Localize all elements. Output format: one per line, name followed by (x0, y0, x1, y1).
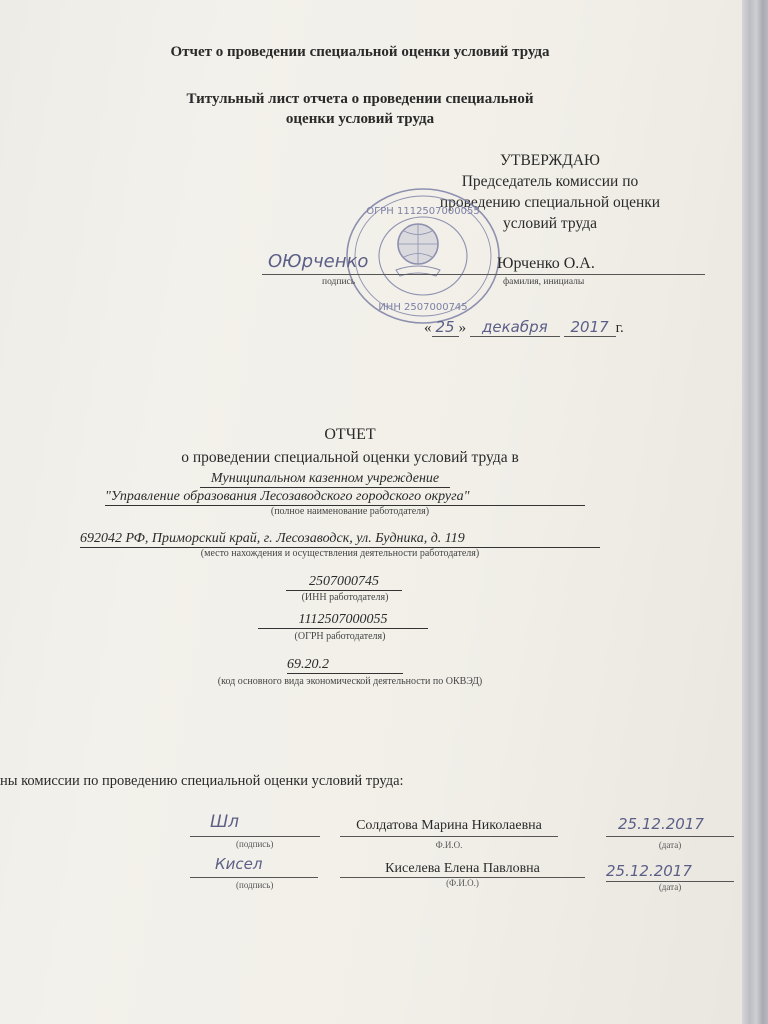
date-label: (дата) (606, 882, 734, 892)
member-name: Солдатова Марина Николаевна (340, 818, 558, 834)
approval-date: «25» декабря 2017г. (424, 318, 624, 337)
employer-ogrn-label: (ОГРН работодателя) (240, 631, 440, 642)
employer-name-label: (полное наименование работодателя) (100, 506, 600, 517)
chair-signature-line (262, 274, 705, 275)
employer-inn-label: (ИНН работодателя) (260, 592, 430, 603)
member-signature: Шл (210, 812, 239, 832)
svg-text:ОГРН 1112507000055: ОГРН 1112507000055 (366, 206, 479, 217)
member-date: 25.12.2017 (618, 815, 704, 833)
employer-name-line-2: "Управление образования Лесозаводского г… (105, 489, 585, 506)
signature-line (190, 877, 318, 878)
svg-text:ИНН 2507000745: ИНН 2507000745 (378, 302, 467, 313)
employer-ogrn: 1112507000055 (258, 612, 428, 629)
document-title: Отчет о проведении специальной оценки ус… (100, 44, 620, 61)
chair-name: Юрченко О.А. (497, 255, 595, 273)
signature-label: (подпись) (236, 880, 273, 890)
employer-address: 692042 РФ, Приморский край, г. Лесозавод… (80, 531, 600, 548)
member-signature: Кисел (215, 855, 262, 873)
employer-inn: 2507000745 (286, 574, 402, 591)
employer-okved-label: (код основного вида экономической деятел… (140, 676, 560, 687)
employer-name-line-1: Муниципальном казенном учреждение (200, 471, 450, 488)
chair-name-label: фамилия, инициалы (503, 277, 584, 287)
page-edge-stack (742, 0, 768, 1024)
chair-signature-label: подпись (322, 277, 355, 287)
signature-line (190, 836, 320, 837)
member-name: Киселева Елена Павловна (340, 861, 585, 877)
approval-date-month: декабря (470, 318, 560, 337)
name-label: Ф.И.О. (340, 840, 558, 850)
member-date: 25.12.2017 (606, 862, 692, 880)
name-line (340, 836, 558, 837)
employer-address-label: (место нахождения и осуществления деятел… (80, 548, 600, 559)
date-label: (дата) (606, 840, 734, 850)
name-label: (Ф.И.О.) (340, 878, 585, 888)
approval-date-day: 25 (432, 318, 459, 337)
commission-heading: ны комиссии по проведению специальной оц… (0, 773, 600, 790)
chair-signature: ОЮрченко (268, 251, 368, 272)
report-subheading: о проведении специальной оценки условий … (100, 449, 600, 467)
document-subtitle: Титульный лист отчета о проведении специ… (100, 89, 620, 129)
subtitle-line-1: Титульный лист отчета о проведении специ… (100, 89, 620, 109)
approval-heading: УТВЕРЖДАЮ (400, 150, 700, 171)
document-page: Отчет о проведении специальной оценки ус… (0, 0, 745, 1024)
subtitle-line-2: оценки условий труда (100, 109, 620, 129)
signature-label: (подпись) (236, 839, 273, 849)
approval-date-year: 2017 (564, 318, 616, 337)
date-line (606, 836, 734, 837)
report-heading: ОТЧЕТ (100, 426, 600, 444)
employer-okved: 69.20.2 (287, 657, 403, 674)
